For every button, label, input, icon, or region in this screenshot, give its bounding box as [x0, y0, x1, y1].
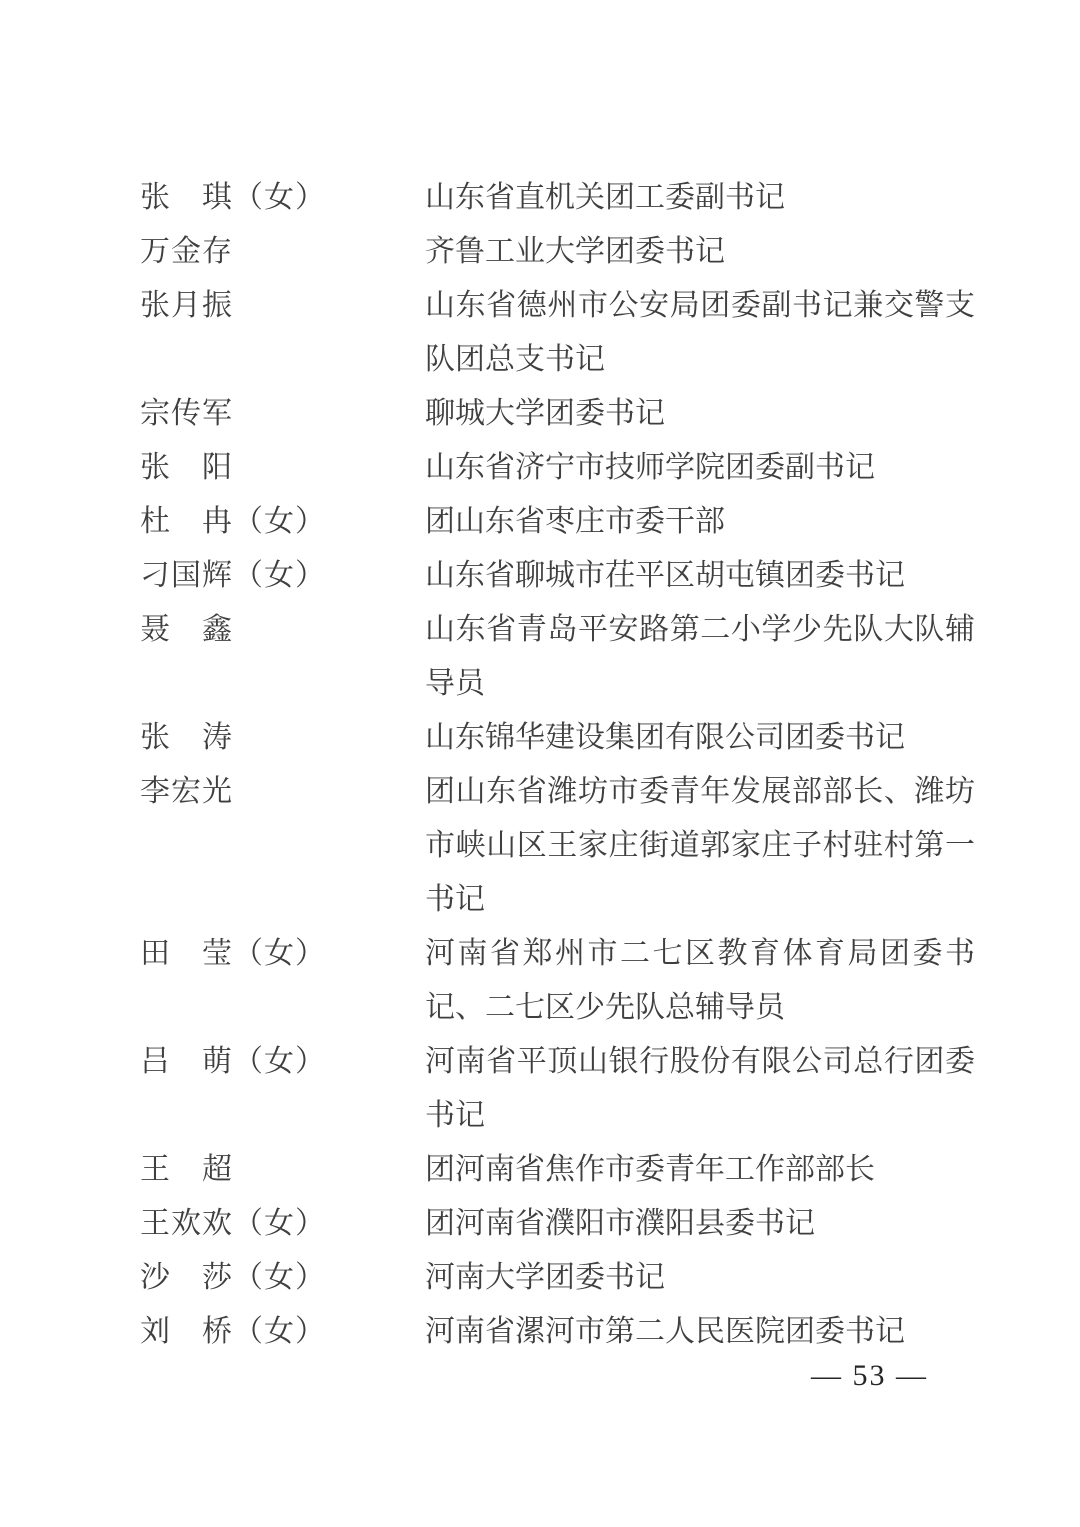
list-item: 万金存 齐鲁工业大学团委书记: [140, 225, 980, 279]
document-page: 张 琪（女） 山东省直机关团工委副书记 万金存 齐鲁工业大学团委书记 张月振 山…: [0, 0, 1080, 1527]
person-position: 团山东省枣庄市委干部: [425, 495, 975, 549]
person-name: 聂 鑫: [140, 603, 425, 657]
person-position: 齐鲁工业大学团委书记: [425, 225, 975, 279]
list-item: 张 涛 山东锦华建设集团有限公司团委书记: [140, 711, 980, 765]
list-item: 田 莹（女） 河南省郑州市二七区教育体育局团委书记、二七区少先队总辅导员: [140, 927, 980, 1035]
list-item: 沙 莎（女） 河南大学团委书记: [140, 1251, 980, 1305]
person-position: 山东省德州市公安局团委副书记兼交警支队团总支书记: [425, 279, 975, 387]
person-position: 团河南省焦作市委青年工作部部长: [425, 1143, 975, 1197]
list-item: 杜 冉（女） 团山东省枣庄市委干部: [140, 495, 980, 549]
person-name: 田 莹（女）: [140, 927, 425, 981]
list-item: 张 阳 山东省济宁市技师学院团委副书记: [140, 441, 980, 495]
person-position: 河南省平顶山银行股份有限公司总行团委书记: [425, 1035, 975, 1143]
person-name: 张 涛: [140, 711, 425, 765]
person-position: 团河南省濮阳市濮阳县委书记: [425, 1197, 975, 1251]
list-item: 刁国辉（女） 山东省聊城市茌平区胡屯镇团委书记: [140, 549, 980, 603]
person-name: 张 琪（女）: [140, 171, 425, 225]
person-position: 山东省聊城市茌平区胡屯镇团委书记: [425, 549, 975, 603]
person-name: 杜 冉（女）: [140, 495, 425, 549]
person-position: 山东省青岛平安路第二小学少先队大队辅导员: [425, 603, 975, 711]
list-item: 王 超 团河南省焦作市委青年工作部部长: [140, 1143, 980, 1197]
person-name: 李宏光: [140, 765, 425, 819]
person-position: 河南大学团委书记: [425, 1251, 975, 1305]
person-position: 河南省郑州市二七区教育体育局团委书记、二七区少先队总辅导员: [425, 927, 975, 1035]
person-name: 张 阳: [140, 441, 425, 495]
list-item: 张 琪（女） 山东省直机关团工委副书记: [140, 171, 980, 225]
person-name: 吕 萌（女）: [140, 1035, 425, 1089]
list-item: 宗传军 聊城大学团委书记: [140, 387, 980, 441]
list-item: 聂 鑫 山东省青岛平安路第二小学少先队大队辅导员: [140, 603, 980, 711]
person-name: 王 超: [140, 1143, 425, 1197]
person-position: 山东省济宁市技师学院团委副书记: [425, 441, 975, 495]
person-position: 团山东省潍坊市委青年发展部部长、潍坊市峡山区王家庄街道郭家庄子村驻村第一书记: [425, 765, 975, 927]
award-recipient-list: 张 琪（女） 山东省直机关团工委副书记 万金存 齐鲁工业大学团委书记 张月振 山…: [140, 171, 980, 1359]
list-item: 吕 萌（女） 河南省平顶山银行股份有限公司总行团委书记: [140, 1035, 980, 1143]
page-number: — 53 —: [811, 1356, 928, 1396]
person-name: 宗传军: [140, 387, 425, 441]
person-position: 山东锦华建设集团有限公司团委书记: [425, 711, 975, 765]
person-position: 山东省直机关团工委副书记: [425, 171, 975, 225]
person-name: 刘 桥（女）: [140, 1305, 425, 1359]
list-item: 王欢欢（女） 团河南省濮阳市濮阳县委书记: [140, 1197, 980, 1251]
person-position: 聊城大学团委书记: [425, 387, 975, 441]
list-item: 李宏光 团山东省潍坊市委青年发展部部长、潍坊市峡山区王家庄街道郭家庄子村驻村第一…: [140, 765, 980, 927]
list-item: 刘 桥（女） 河南省漯河市第二人民医院团委书记: [140, 1305, 980, 1359]
person-name: 刁国辉（女）: [140, 549, 425, 603]
list-item: 张月振 山东省德州市公安局团委副书记兼交警支队团总支书记: [140, 279, 980, 387]
person-name: 沙 莎（女）: [140, 1251, 425, 1305]
person-name: 王欢欢（女）: [140, 1197, 425, 1251]
person-position: 河南省漯河市第二人民医院团委书记: [425, 1305, 975, 1359]
person-name: 张月振: [140, 279, 425, 333]
person-name: 万金存: [140, 225, 425, 279]
